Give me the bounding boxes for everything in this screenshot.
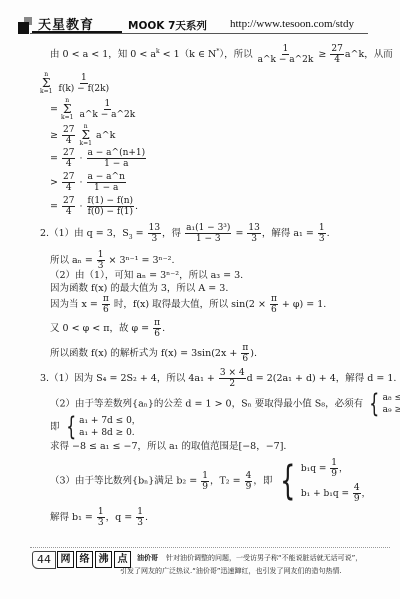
text: ，q = [106,512,136,523]
text: ， [339,464,348,474]
text: = [232,228,246,239]
intro-text: a^k，从而 [345,49,393,60]
fraction: 1a^k − a^2k [79,99,137,120]
equation-system: {a₈ ≤ 0，a₉ ≥ 0， [366,391,400,417]
text: b₁q = [301,464,329,474]
left-brace-icon: { [66,414,76,440]
q2-part1: 2.（1）由 q = 3，S3 = 133，得 a₁(1 − 3³)1 − 3 … [40,223,330,244]
text: （2）由于等差数列{aₙ}的公差 d = 1 > 0，Sₙ 要取得最小值 S₈，… [50,399,363,410]
header-rule [30,33,368,34]
text: （3）由于等比数列{bₙ}满足 b₂ = [50,476,200,487]
header-url: http://www.tesoon.com/stdy [230,18,354,30]
fraction: π6 [270,294,278,315]
left-brace-icon: { [369,391,379,417]
fraction: 1f(k) − f(2k) [58,73,111,94]
fraction: 13 [97,250,105,271]
dot: · [79,153,82,164]
denominator: 3 [97,518,105,528]
fraction: 49 [245,471,253,492]
text: ，得 [162,228,181,239]
text: 解得 b₁ = [50,512,96,523]
sum-lower: k=1 [61,115,73,121]
q2-line: 又 0 < φ < π，故 φ = π6. [50,318,165,339]
fraction: 1a^k − a^2k [257,44,315,65]
numerator: 1 [282,44,290,55]
text: ). [250,348,257,359]
derivation-line: > 274 · a − a^n1 − a [50,172,127,193]
numerator: a₁(1 − 3³) [185,223,231,234]
geq: ≥ [318,49,326,60]
fraction: 133 [247,223,260,244]
fraction: 13 [318,223,326,244]
page-number: 44 [32,551,56,569]
equation-system: {a₁ + 7d ≤ 0，a₁ + 8d ≥ 0. [63,414,141,440]
numerator: 27 [62,148,75,159]
system-line: a₁ + 7d ≤ 0， [79,415,141,427]
text: 即 [50,422,60,433]
numerator: 27 [62,125,75,136]
fraction: 274 [330,44,343,65]
q2-line: 因为当 x = π6 时，f(x) 取得最大值，所以 sin(2 × π6 + … [50,294,326,315]
numerator: 1 [97,250,105,261]
denominator: 9 [353,494,361,504]
text: 又 0 < φ < π，故 φ = [50,323,152,334]
system-line: b₁ + b₁q = 49， [301,483,371,504]
fraction: 274 [62,172,75,193]
denominator: 4 [65,159,73,169]
numerator: 1 [80,73,88,84]
text: × 3ⁿ⁻¹ = 3ⁿ⁻². [106,255,175,266]
q3-line: 求得 −8 ≤ a₁ ≤ −7，所以 a₁ 的取值范围是[−8，−7]. [50,441,286,452]
denominator: 6 [241,354,249,364]
series-title: MOOK 7天系列 [128,18,207,33]
fraction: 274 [62,125,75,146]
denominator: 4 [65,207,73,217]
numerator: π [102,294,110,305]
derivation-line: nΣk=1 1f(k) − f(2k) [40,72,111,95]
numerator: 4 [353,483,361,494]
denominator: 9 [330,469,338,479]
text: 3.（1）因为 S₄ = 2S₂ + 4，所以 4a₁ + [40,373,218,384]
q3-line: 解得 b₁ = 13，q = 13. [50,507,148,528]
text: 时，f(x) 取得最大值，所以 sin(2 × [111,299,269,310]
denominator: 9 [245,482,253,492]
denominator: a^k − a^2k [257,55,315,65]
numerator: 27 [62,172,75,183]
section-char: 沸 [95,551,112,568]
denominator: 6 [102,305,110,315]
news-line: 引发了网友的广泛热议.“油价哥”迅速蹿红，也引发了网友们的造句热情. [120,566,342,576]
q3-part3: （3）由于等比数列{bₙ}满足 b₂ = 19，T₂ = 49，即 { b₁q … [50,458,371,504]
system-line: a₈ ≤ 0， [383,392,400,404]
system-line: a₉ ≥ 0， [383,404,400,416]
fraction: a₁(1 − 3³)1 − 3 [185,223,231,244]
news-line: 油价哥针对油价调整的问题，一受访男子称“不能说脏话就无话可说”， [137,553,362,563]
denominator: a^k − a^2k [79,110,137,120]
fraction: 13 [97,507,105,528]
q2-line: 所以函数 f(x) 的解析式为 f(x) = 3sin(2x + π6). [50,343,257,364]
derivation-line: = nΣk=1 1a^k − a^2k [50,98,137,121]
news-title: 油价哥 [137,554,158,562]
text: ，即 [253,476,272,487]
text: ， [362,489,371,499]
intro-text: < 1（k ∈ N [160,49,217,60]
denominator: 1 − a [103,159,129,169]
denominator: 4 [65,136,73,146]
relation: ≥ [50,130,58,141]
denominator: f(k) − f(2k) [58,84,111,94]
section-char: 网 [57,551,74,568]
fraction: 274 [62,196,75,217]
period: . [327,228,330,239]
q3-line: 即 {a₁ + 7d ≤ 0，a₁ + 8d ≥ 0. [50,414,141,440]
fraction: π6 [241,343,249,364]
numerator: 13 [247,223,260,234]
numerator: 1 [318,223,326,234]
q2-line: 所以 aₙ = 13 × 3ⁿ⁻¹ = 3ⁿ⁻². [50,250,175,271]
term: a^k [96,130,115,141]
fraction: a − a^n1 − a [87,172,126,193]
numerator: a − a^n [87,172,126,183]
text: 所以函数 f(x) 的解析式为 f(x) = 3sin(2x + [50,348,240,359]
numerator: 27 [330,44,343,55]
numerator: π [270,294,278,305]
denominator: 6 [153,329,161,339]
sum-lower: k=1 [79,141,91,147]
numerator: π [241,343,249,354]
denominator: 3 [318,234,326,244]
numerator: 27 [62,196,75,207]
denominator: 2 [228,379,236,389]
fraction: 13 [136,507,144,528]
text: d = 2(2a₁ + d) + 4，解得 d = 1. [247,373,397,384]
numerator: 1 [97,507,105,518]
relation: > [50,177,58,188]
numerator: 4 [245,471,253,482]
q2-line: 因为函数 f(x) 的最大值为 3，所以 A = 3. [50,283,228,294]
fraction: π6 [102,294,110,315]
fraction: 133 [148,223,161,244]
derivation-line: ≥ 274 nΣk=1 a^k [50,124,115,147]
denominator: 4 [333,55,341,65]
text: 因为当 x = [50,299,101,310]
fraction: 19 [330,458,338,479]
denominator: 3 [250,234,258,244]
denominator: 1 − 3 [195,234,222,244]
summation: nΣk=1 [40,72,52,95]
equation-system: { b₁q = 19， b₁ + b₁q = 49， [275,458,370,504]
fraction: 3 × 42 [219,368,246,389]
intro-text: 由 0 < a < 1，知 0 < a [50,49,156,60]
denominator: 9 [201,482,209,492]
text: 所以 aₙ = [50,255,96,266]
fraction: f(1) − f(n)f(0) − f(1) [87,196,135,217]
q2-line: （2）由（1），可知 aₙ = 3ⁿ⁻²，所以 a₃ = 3. [50,270,243,281]
denominator: 4 [65,183,73,193]
logo-mark [18,22,29,34]
period: . [135,201,138,212]
numerator: 1 [330,458,338,469]
text: + φ) = 1. [279,299,326,310]
dot: · [79,201,82,212]
text: ，解得 a₁ = [262,228,317,239]
denominator: 6 [270,305,278,315]
numerator: π [153,318,161,329]
denominator: 1 − a [93,183,119,193]
relation: = [50,104,58,115]
intro-text: ），所以 [219,49,252,60]
section-char: 络 [76,551,93,568]
left-brace-icon: { [280,461,295,501]
fraction: π6 [153,318,161,339]
system-line: b₁q = 19， [301,458,371,479]
derivation-line: = 274 · a − a^(n+1)1 − a [50,148,147,169]
numerator: 1 [201,471,209,482]
denominator: f(0) − f(1) [87,207,134,217]
fraction: 19 [201,471,209,492]
period: . [162,323,165,334]
denominator: 3 [150,234,158,244]
numerator: 13 [148,223,161,234]
summation: nΣk=1 [79,124,91,147]
sum-lower: k=1 [40,89,52,95]
text: 2.（1）由 q = 3，S [40,228,129,239]
fraction: a − a^(n+1)1 − a [87,148,147,169]
system-line: a₁ + 8d ≥ 0. [79,427,141,439]
fraction: 274 [62,148,75,169]
numerator: 3 × 4 [219,368,246,379]
numerator: 1 [104,99,112,110]
fraction: 49 [353,483,361,504]
text: b₁ + b₁q = [301,489,352,499]
relation: = [50,153,58,164]
derivation-line: = 274 · f(1) − f(n)f(0) − f(1). [50,196,138,217]
relation: = [50,201,58,212]
numerator: 1 [136,507,144,518]
summation: nΣk=1 [61,98,73,121]
q3-part1: 3.（1）因为 S₄ = 2S₂ + 4，所以 4a₁ + 3 × 42d = … [40,368,396,389]
news-text: 针对油价调整的问题，一受访男子称“不能说脏话就无话可说”， [166,554,362,562]
dot: · [79,177,82,188]
text: = [133,228,147,239]
numerator: f(1) − f(n) [87,196,135,207]
text: ，T₂ = [210,476,244,487]
footer-rule [30,547,390,549]
numerator: a − a^(n+1) [87,148,147,159]
period: . [145,512,148,523]
denominator: 3 [136,518,144,528]
intro-line: 由 0 < a < 1，知 0 < ak < 1（k ∈ N*），所以 1a^k… [50,44,393,65]
